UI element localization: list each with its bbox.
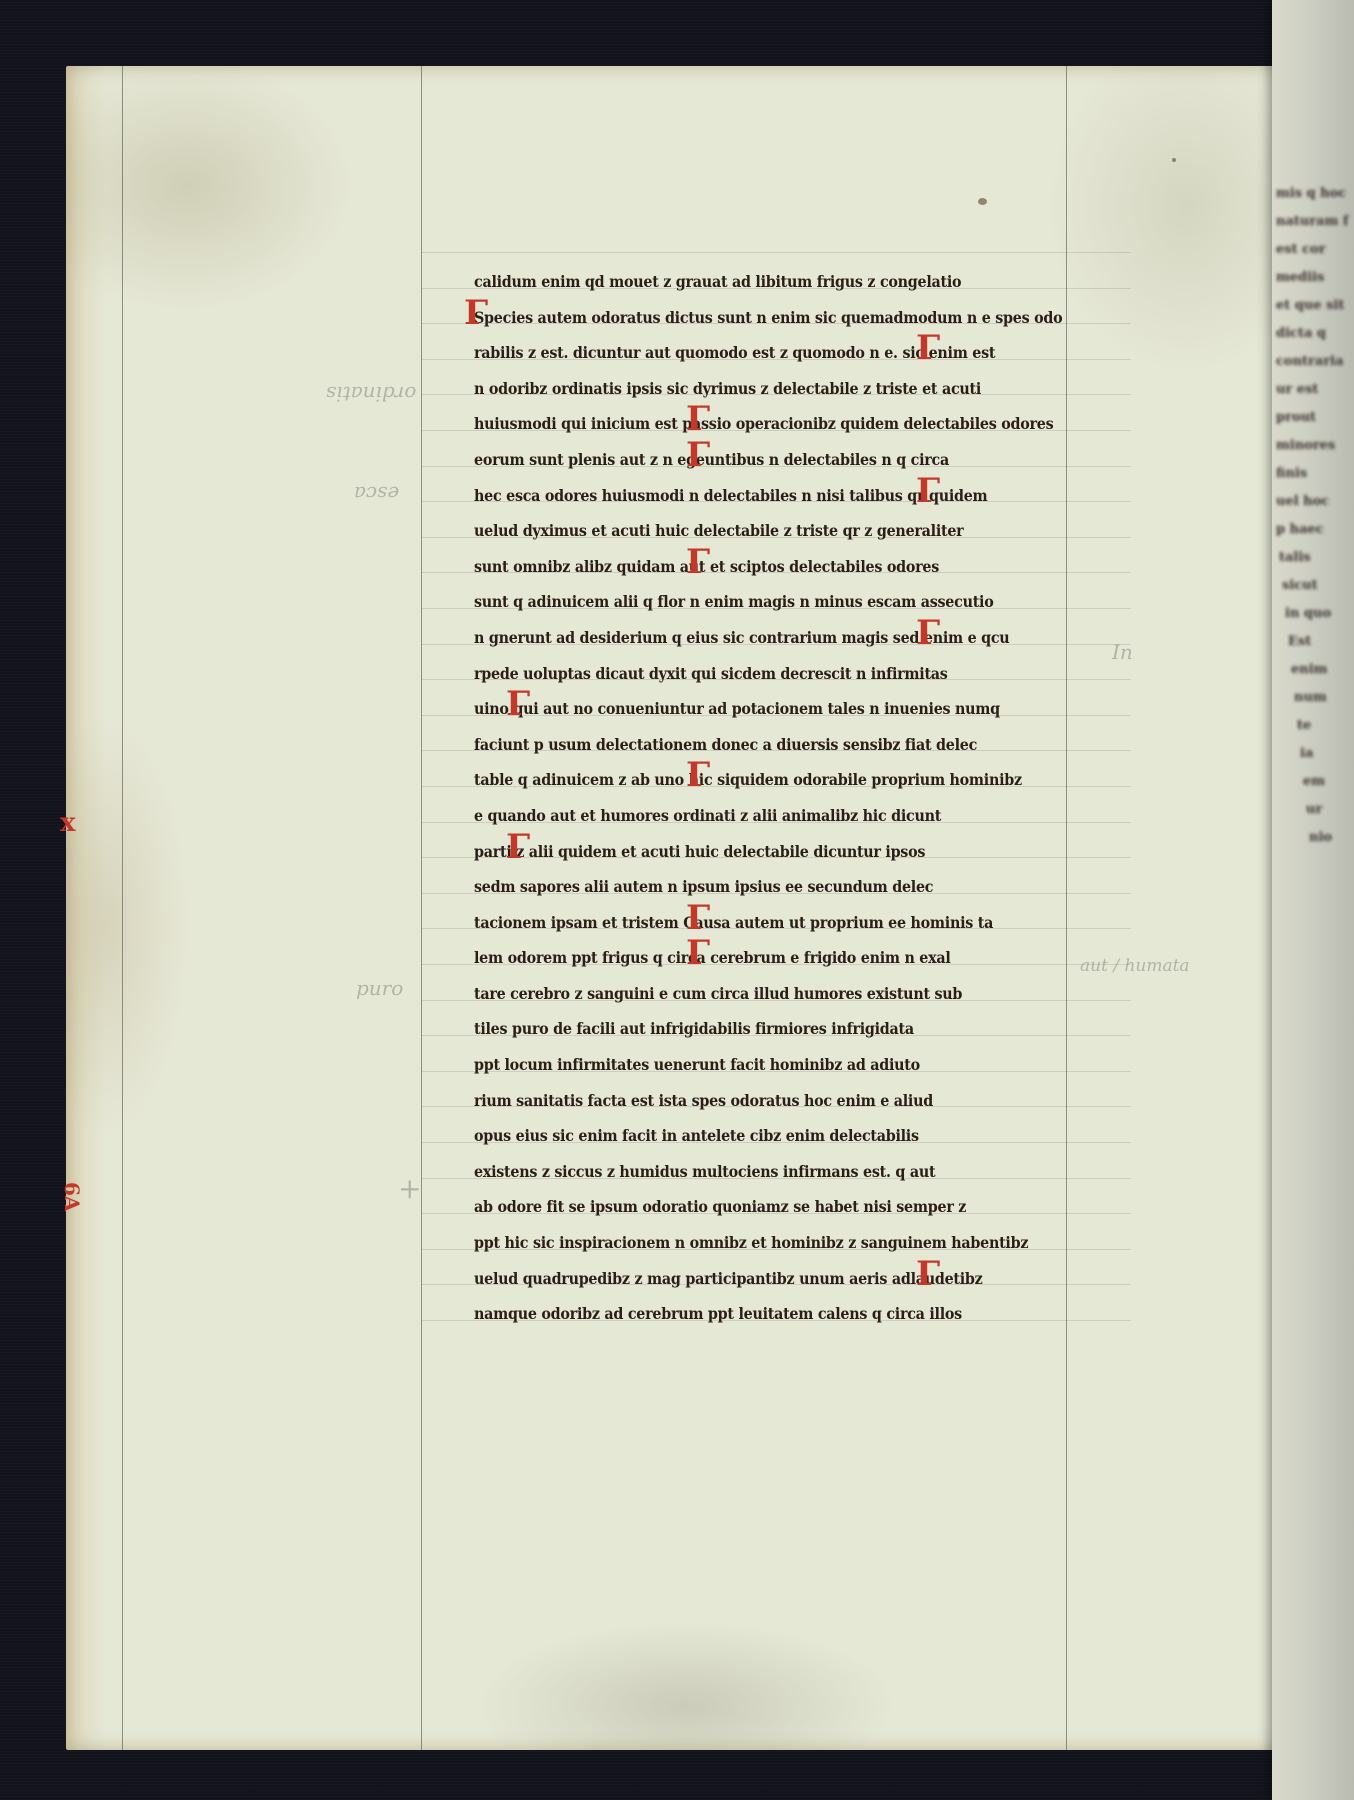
text-line: opus eius sic enim facit in antelete cib… xyxy=(474,1118,1064,1154)
text-line: lem odorem ppt frigus q circa cerebrum e… xyxy=(474,940,1064,976)
text-line: hec esca odores huiusmodi n delectabiles… xyxy=(474,478,1064,514)
adjacent-leaf-line: finis xyxy=(1276,460,1354,488)
text-line: sunt omnibz alibz quidam aut et sciptos … xyxy=(474,549,1064,585)
text-line: existens z siccus z humidus multociens i… xyxy=(474,1154,1064,1190)
text-line: Species autem odoratus dictus sunt n eni… xyxy=(474,300,1064,336)
adjacent-leaf-line: talis xyxy=(1276,544,1354,572)
text-line: rpede uoluptas dicaut dyxit qui sicdem d… xyxy=(474,656,1064,692)
rubric-paragraph-mark: Γ xyxy=(506,687,530,721)
margin-ruling-left xyxy=(421,66,422,1750)
adjacent-leaf-line: ur xyxy=(1276,796,1354,824)
adjacent-leaf-line: p haec xyxy=(1276,516,1354,544)
adjacent-leaf-line: te xyxy=(1276,712,1354,740)
text-line: uino qui aut no conueniuntur ad potacion… xyxy=(474,691,1064,727)
adjacent-leaf-line: mis q hoc xyxy=(1276,180,1354,208)
text-line: n gnerunt ad desiderium q eius sic contr… xyxy=(474,620,1064,656)
text-line: rabilis z est. dicuntur aut quomodo est … xyxy=(474,335,1064,371)
main-text-block: calidum enim qd mouet z grauat ad libitu… xyxy=(474,264,1134,1332)
text-line: n odoribz ordinatis ipsis sic dyrimus z … xyxy=(474,371,1064,407)
adjacent-leaf-line: Est xyxy=(1276,628,1354,656)
rubric-paragraph-mark: Γ xyxy=(464,296,488,330)
adjacent-leaf-line: prout xyxy=(1276,404,1354,432)
adjacent-leaf-line: contraria xyxy=(1276,348,1354,376)
margin-note-left-puro: puro xyxy=(356,976,403,1000)
rubric-paragraph-mark: Γ xyxy=(686,936,710,970)
quire-mark-red-x: x xyxy=(60,810,76,836)
text-line: rium sanitatis facta est ista spes odora… xyxy=(474,1083,1064,1119)
text-line: sunt q adinuicem alii q flor n enim magi… xyxy=(474,584,1064,620)
text-line: tacionem ipsam et tristem Causa autem ut… xyxy=(474,905,1064,941)
ruling-line xyxy=(421,252,1131,253)
adjacent-leaf-edge: mis q hocnaturam fest cormediiset que si… xyxy=(1272,0,1354,1800)
rubric-paragraph-mark: Γ xyxy=(916,1257,940,1291)
adjacent-leaf-line: em xyxy=(1276,768,1354,796)
text-line: sedm sapores alii autem n ipsum ipsius e… xyxy=(474,869,1064,905)
manuscript-leaf: ordinatis esca puro + In aut / humata x … xyxy=(66,66,1316,1750)
rubric-paragraph-mark: Γ xyxy=(686,545,710,579)
adjacent-leaf-line: sicut xyxy=(1276,572,1354,600)
adjacent-leaf-line: naturam f xyxy=(1276,208,1354,236)
rubric-paragraph-mark: Γ xyxy=(686,438,710,472)
text-line: table q adinuicem z ab uno hic siquidem … xyxy=(474,762,1064,798)
text-line: eorum sunt plenis aut z n egeuntibus n d… xyxy=(474,442,1064,478)
rubric-paragraph-mark: Γ xyxy=(686,758,710,792)
text-line: ppt hic sic inspiracionem n omnibz et ho… xyxy=(474,1225,1064,1261)
adjacent-leaf-line: in quo xyxy=(1276,600,1354,628)
text-line: calidum enim qd mouet z grauat ad libitu… xyxy=(474,264,1064,300)
adjacent-leaf-line: et que sit xyxy=(1276,292,1354,320)
rubric-paragraph-mark: Γ xyxy=(916,331,940,365)
rubric-paragraph-mark: Γ xyxy=(686,402,710,436)
text-line: huiusmodi qui inicium est passio operaci… xyxy=(474,406,1064,442)
rubric-paragraph-mark: Γ xyxy=(506,830,530,864)
adjacent-leaf-line: ur est xyxy=(1276,376,1354,404)
adjacent-leaf-line: mediis xyxy=(1276,264,1354,292)
margin-note-left-cross: + xyxy=(398,1172,421,1205)
ink-speck xyxy=(978,198,987,205)
text-line: faciunt p usum delectationem donec a diu… xyxy=(474,727,1064,763)
text-line: e quando aut et humores ordinati z alii … xyxy=(474,798,1064,834)
adjacent-leaf-line: minores xyxy=(1276,432,1354,460)
rubric-paragraph-mark: Γ xyxy=(686,901,710,935)
adjacent-leaf-line: nio xyxy=(1276,824,1354,852)
text-line: tare cerebro z sanguini e cum circa illu… xyxy=(474,976,1064,1012)
adjacent-leaf-line: uel hoc xyxy=(1276,488,1354,516)
text-line: ppt locum infirmitates uenerunt facit ho… xyxy=(474,1047,1064,1083)
quire-mark-red-6a: 6A xyxy=(62,1182,82,1211)
adjacent-leaf-text: mis q hocnaturam fest cormediiset que si… xyxy=(1276,180,1354,852)
adjacent-leaf-line: num xyxy=(1276,684,1354,712)
ink-speck xyxy=(1172,158,1176,162)
rubric-paragraph-mark: Γ xyxy=(916,616,940,650)
adjacent-leaf-line: est cor xyxy=(1276,236,1354,264)
text-line: uelud quadrupedibz z mag participantibz … xyxy=(474,1261,1064,1297)
margin-ruling-outer-left xyxy=(122,66,123,1750)
adjacent-leaf-line: enim xyxy=(1276,656,1354,684)
margin-note-left-ordinatis: ordinatis xyxy=(326,382,416,406)
adjacent-leaf-line: ia xyxy=(1276,740,1354,768)
margin-note-left-esca: esca xyxy=(354,482,399,506)
adjacent-leaf-line: dicta q xyxy=(1276,320,1354,348)
text-line: ab odore fit se ipsum odoratio quoniamz … xyxy=(474,1189,1064,1225)
text-line: uelud dyximus et acuti huic delectabile … xyxy=(474,513,1064,549)
text-line: tiles puro de facili aut infrigidabilis … xyxy=(474,1011,1064,1047)
text-line: namque odoribz ad cerebrum ppt leuitatem… xyxy=(474,1296,1064,1332)
rubric-paragraph-mark: Γ xyxy=(916,474,940,508)
text-line: parti z alii quidem et acuti huic delect… xyxy=(474,834,1064,870)
